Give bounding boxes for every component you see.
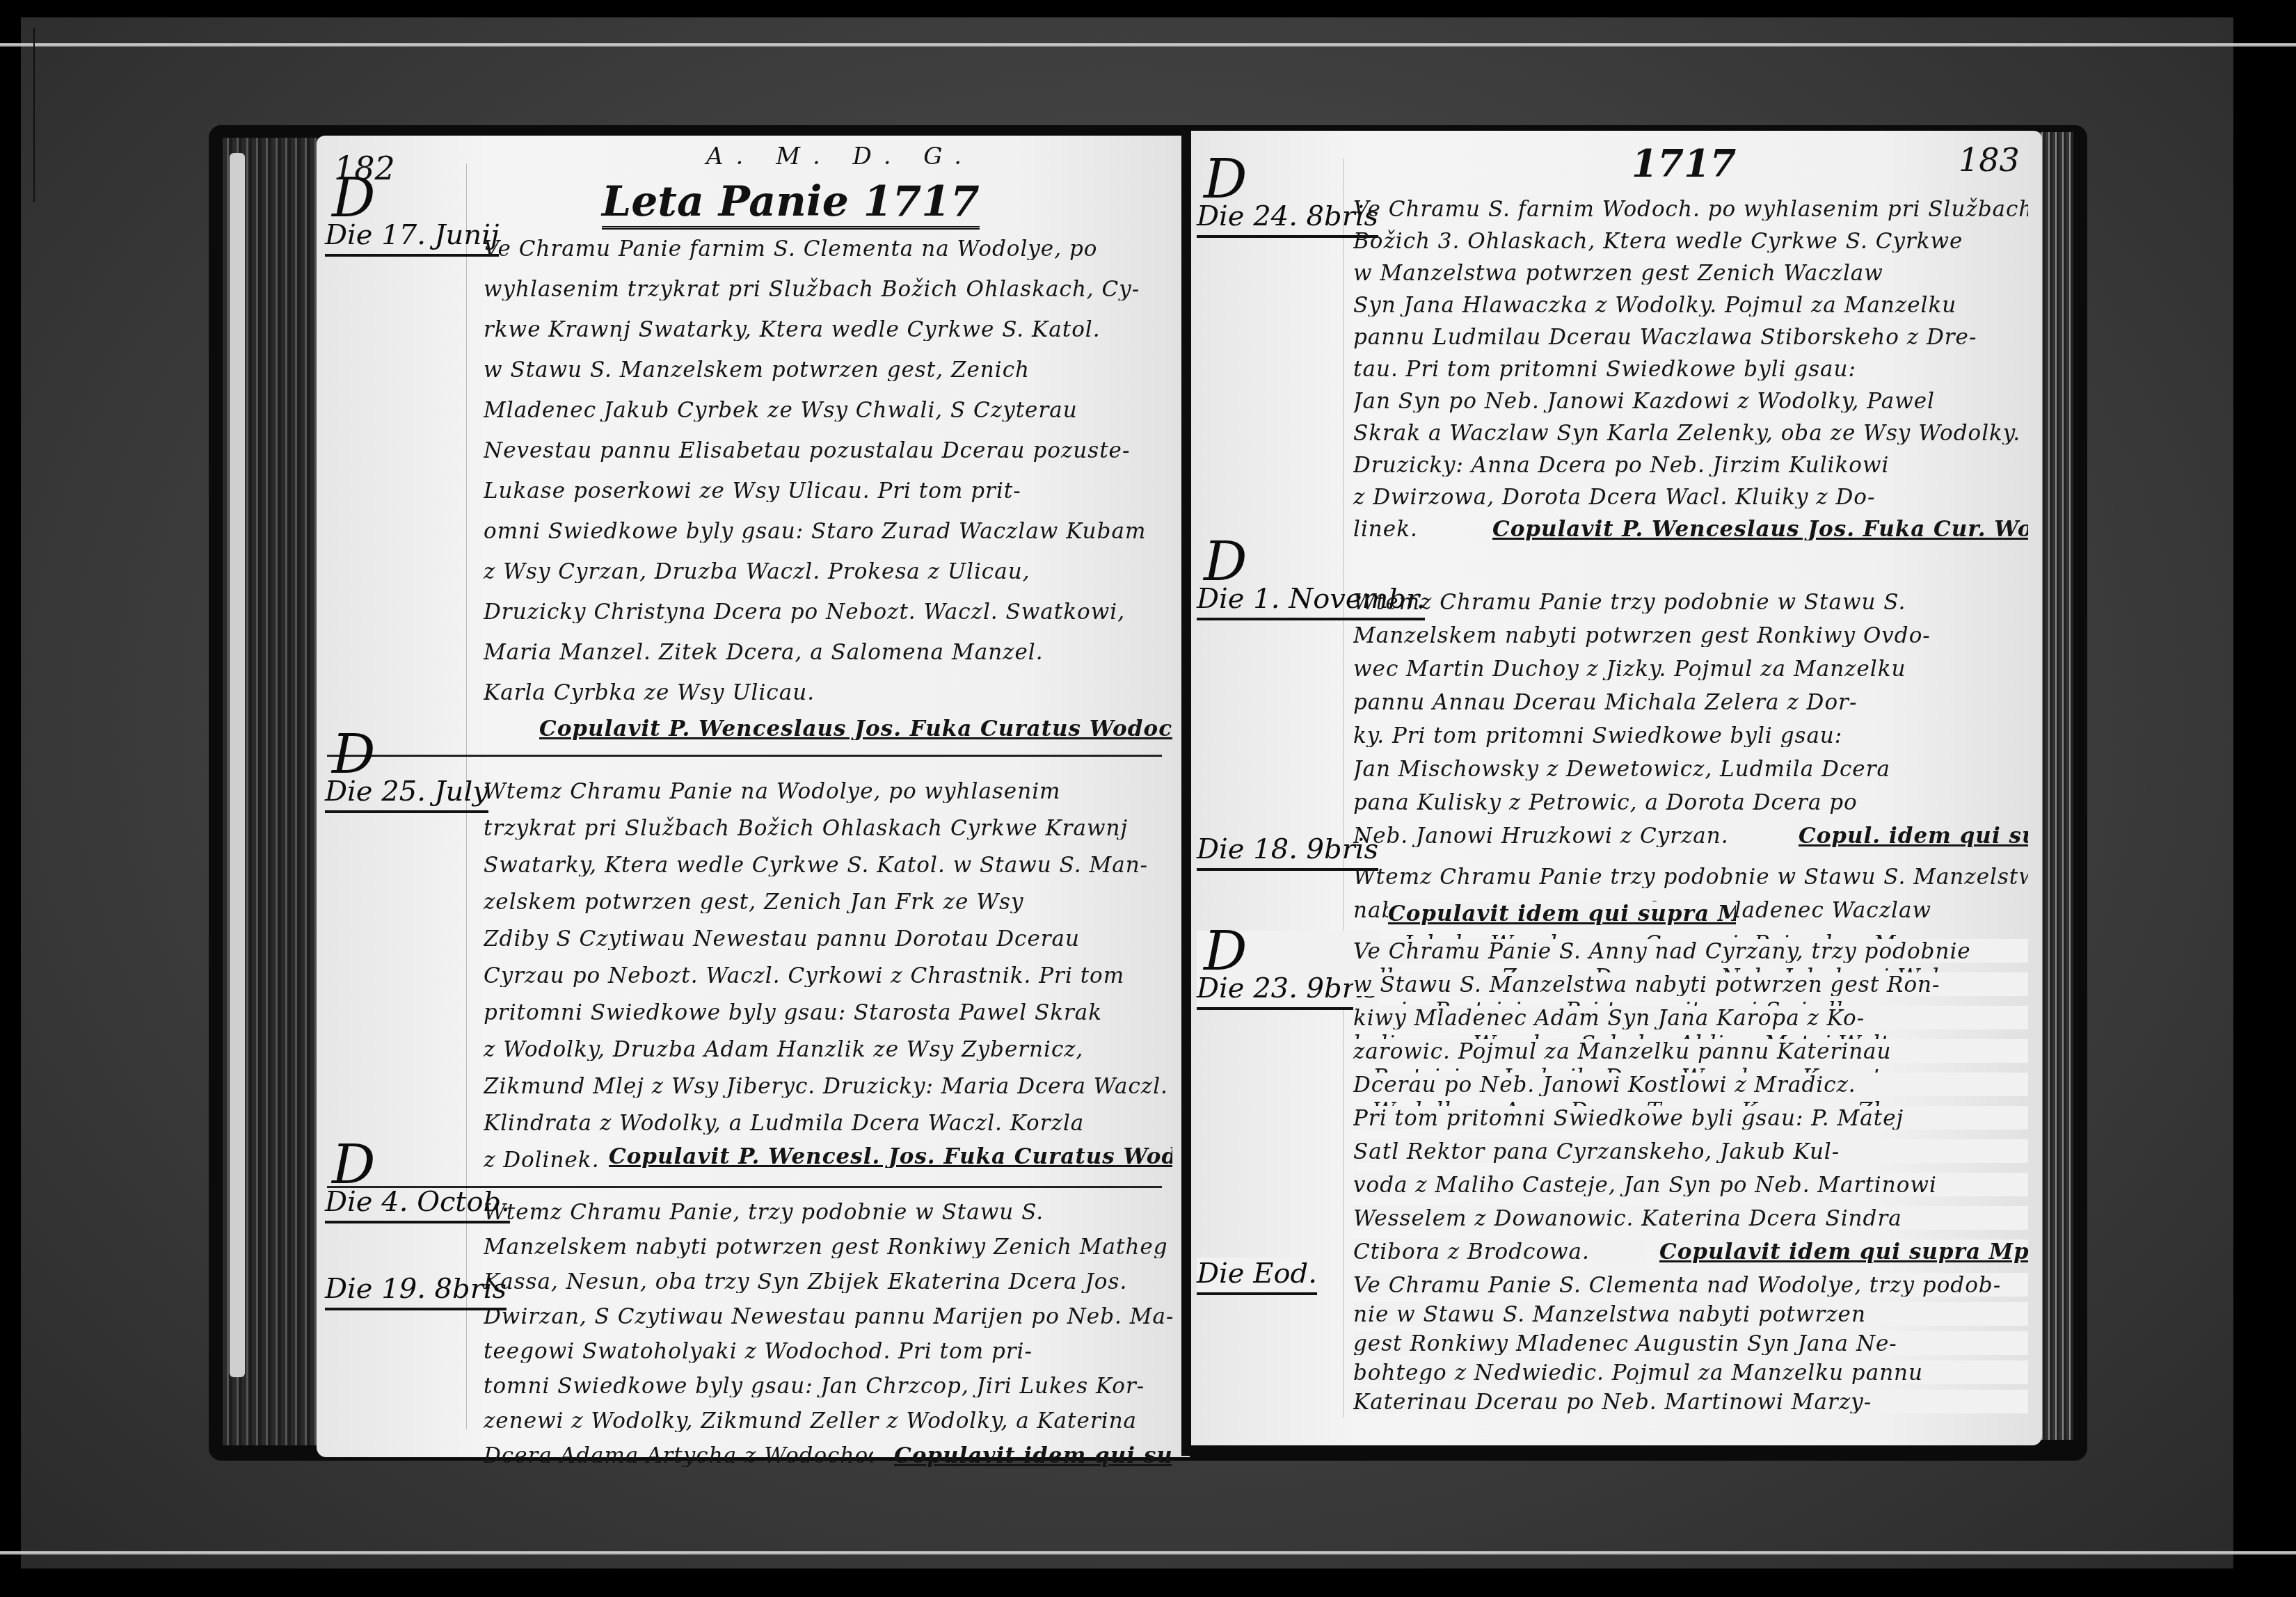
right-page-lower [1186, 131, 2042, 1445]
text-line: Wtemz Chramu Panie na Wodolye, po wyhlas… [484, 779, 1172, 803]
book-gutter [1181, 131, 1191, 1456]
text-line: Zdiby S Czytiwau Newestau pannu Dorotau … [484, 926, 1172, 950]
text-line: Maria Manzel. Zitek Dcera, a Salomena Ma… [484, 640, 1172, 664]
text-line: Cyrzau po Nebozt. Waczl. Cyrkowi z Chras… [484, 963, 1172, 987]
header-superscript: A. M. D. G. [706, 143, 974, 170]
text-line: Klindrata z Wodolky, a Ludmila Dcera Wac… [484, 1111, 1172, 1134]
entry-date: Die 19. 8bris [325, 1273, 507, 1310]
text-line: Zikmund Mlej z Wsy Jiberyc. Druzicky: Ma… [484, 1074, 1172, 1098]
page-title: Leta Panie 1717 [602, 177, 980, 230]
text-line: zelskem potwrzen gest, Zenich Jan Frk ze… [484, 890, 1172, 913]
text-line: z Wodolky, Druzba Adam Hanzlik ze Wsy Zy… [484, 1037, 1172, 1061]
text-line: Ve Chramu Panie farnim S. Clementa na Wo… [484, 236, 1172, 260]
text-line: pritomni Swiedkowe byly gsau: Starosta P… [484, 1000, 1172, 1024]
text-line: rkwe Krawnj Swatarky, Ktera wedle Cyrkwe… [484, 317, 1172, 341]
entry-date: DDie 17. Junij [325, 177, 499, 257]
officiant-signature: Copulavit P. Wencesl. Jos. Fuka Curatus … [609, 1144, 1172, 1168]
text-line: Mladenec Jakub Cyrbek ze Wsy Chwali, S C… [484, 398, 1172, 422]
text-line: Swatarky, Ktera wedle Cyrkwe S. Katol. w… [484, 853, 1172, 876]
text-line: Druzicky Christyna Dcera po Nebozt. Wacz… [484, 600, 1172, 623]
text-line: Karla Cyrbka ze Wsy Ulicau. [484, 680, 1172, 704]
officiant-signature: Copulavit P. Wenceslaus Jos. Fuka Curatu… [539, 716, 1172, 740]
text-line: w Stawu S. Manzelskem potwrzen gest, Zen… [484, 358, 1172, 381]
text-line: trzykrat pri Službach Božich Ohlaskach C… [484, 816, 1172, 840]
book-page-edges-right [2039, 132, 2073, 1440]
text-line: omni Swiedkowe byly gsau: Staro Zurad Wa… [484, 519, 1172, 543]
scan-artifact-line [0, 1551, 2296, 1555]
text-line: wyhlasenim trzykrat pri Službach Božich … [484, 277, 1172, 300]
entry-date: DDie 25. July [325, 734, 488, 813]
book-cover-edge [230, 153, 245, 1377]
text-line: Lukase poserkowi ze Wsy Ulicau. Pri tom … [484, 479, 1172, 502]
text-line: z Wsy Cyrzan, Druzba Waczl. Prokesa z Ul… [484, 559, 1172, 583]
scan-artifact-line [0, 43, 2296, 47]
text-line: Nevestau pannu Elisabetau pozustalau Dce… [484, 438, 1172, 462]
register-entry: Die 19. 8bris [317, 1182, 1190, 1461]
board-edge [33, 28, 35, 202]
